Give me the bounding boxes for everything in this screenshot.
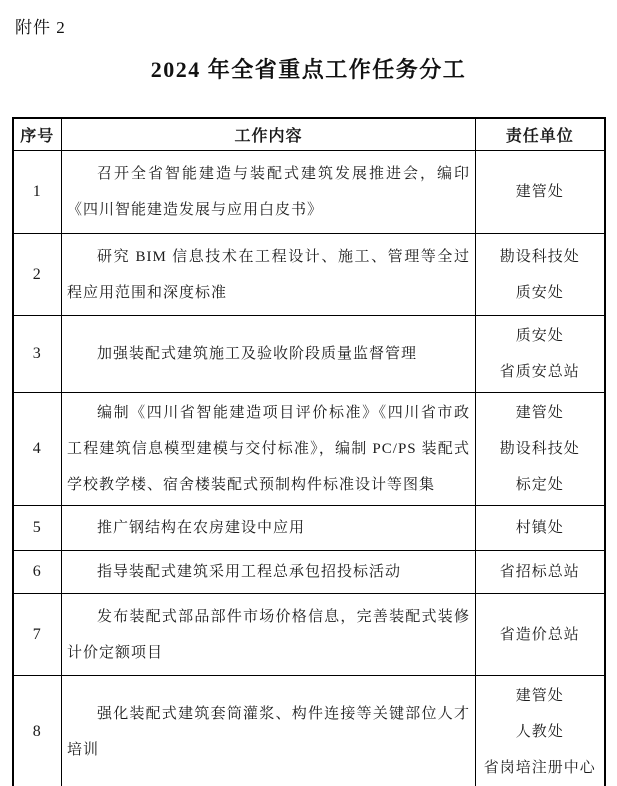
table-row: 5 推广钢结构在农房建设中应用 村镇处 [13, 506, 605, 551]
row-number: 6 [13, 551, 62, 594]
table-row: 1 召开全省智能建造与装配式建筑发展推进会，编印《四川智能建造发展与应用白皮书》… [13, 151, 605, 234]
work-content: 发布装配式部品部件市场价格信息，完善装配式装修计价定额项目 [62, 594, 476, 676]
unit-line: 村镇处 [478, 510, 602, 546]
work-content: 加强装配式建筑施工及验收阶段质量监督管理 [62, 316, 476, 393]
task-table: 序号 工作内容 责任单位 1 召开全省智能建造与装配式建筑发展推进会，编印《四川… [12, 117, 606, 786]
row-number: 7 [13, 594, 62, 676]
unit-line: 省质安总站 [478, 354, 602, 390]
header-serial-number: 序号 [13, 118, 62, 151]
table-body: 1 召开全省智能建造与装配式建筑发展推进会，编印《四川智能建造发展与应用白皮书》… [13, 151, 605, 786]
table-row: 7 发布装配式部品部件市场价格信息，完善装配式装修计价定额项目 省造价总站 [13, 594, 605, 676]
unit-line: 勘设科技处 [478, 239, 602, 275]
work-content: 强化装配式建筑套筒灌浆、构件连接等关键部位人才培训 [62, 676, 476, 786]
work-content: 指导装配式建筑采用工程总承包招投标活动 [62, 551, 476, 594]
table-row: 2 研究 BIM 信息技术在工程设计、施工、管理等全过程应用范围和深度标准 勘设… [13, 234, 605, 316]
attachment-label: 附件 2 [15, 0, 617, 38]
document-page: 附件 2 2024 年全省重点工作任务分工 序号 工作内容 责任单位 1 召开全… [0, 0, 617, 786]
unit-line: 人教处 [478, 714, 602, 750]
responsible-unit: 村镇处 [476, 506, 605, 551]
header-row: 序号 工作内容 责任单位 [13, 118, 605, 151]
responsible-unit: 省招标总站 [476, 551, 605, 594]
table-row: 4 编制《四川省智能建造项目评价标准》《四川省市政工程建筑信息模型建模与交付标准… [13, 393, 605, 506]
work-content: 研究 BIM 信息技术在工程设计、施工、管理等全过程应用范围和深度标准 [62, 234, 476, 316]
responsible-unit: 勘设科技处 质安处 [476, 234, 605, 316]
table-header: 序号 工作内容 责任单位 [13, 118, 605, 151]
unit-line: 建管处 [478, 174, 602, 210]
row-number: 1 [13, 151, 62, 234]
responsible-unit: 建管处 [476, 151, 605, 234]
unit-line: 省造价总站 [478, 617, 602, 653]
table-row: 8 强化装配式建筑套筒灌浆、构件连接等关键部位人才培训 建管处 人教处 省岗培注… [13, 676, 605, 786]
row-number: 2 [13, 234, 62, 316]
work-content: 编制《四川省智能建造项目评价标准》《四川省市政工程建筑信息模型建模与交付标准》，… [62, 393, 476, 506]
responsible-unit: 建管处 勘设科技处 标定处 [476, 393, 605, 506]
unit-line: 质安处 [478, 318, 602, 354]
responsible-unit: 省造价总站 [476, 594, 605, 676]
table-row: 6 指导装配式建筑采用工程总承包招投标活动 省招标总站 [13, 551, 605, 594]
table-row: 3 加强装配式建筑施工及验收阶段质量监督管理 质安处 省质安总站 [13, 316, 605, 393]
unit-line: 建管处 [478, 395, 602, 431]
unit-line: 建管处 [478, 678, 602, 714]
unit-line: 标定处 [478, 467, 602, 503]
unit-line: 省岗培注册中心 [478, 750, 602, 786]
row-number: 3 [13, 316, 62, 393]
row-number: 4 [13, 393, 62, 506]
page-title: 2024 年全省重点工作任务分工 [0, 53, 617, 84]
unit-line: 质安处 [478, 275, 602, 311]
responsible-unit: 质安处 省质安总站 [476, 316, 605, 393]
header-responsible-unit: 责任单位 [476, 118, 605, 151]
unit-line: 省招标总站 [478, 554, 602, 590]
work-content: 推广钢结构在农房建设中应用 [62, 506, 476, 551]
unit-line: 勘设科技处 [478, 431, 602, 467]
header-work-content: 工作内容 [62, 118, 476, 151]
row-number: 8 [13, 676, 62, 786]
row-number: 5 [13, 506, 62, 551]
responsible-unit: 建管处 人教处 省岗培注册中心 [476, 676, 605, 786]
work-content: 召开全省智能建造与装配式建筑发展推进会，编印《四川智能建造发展与应用白皮书》 [62, 151, 476, 234]
